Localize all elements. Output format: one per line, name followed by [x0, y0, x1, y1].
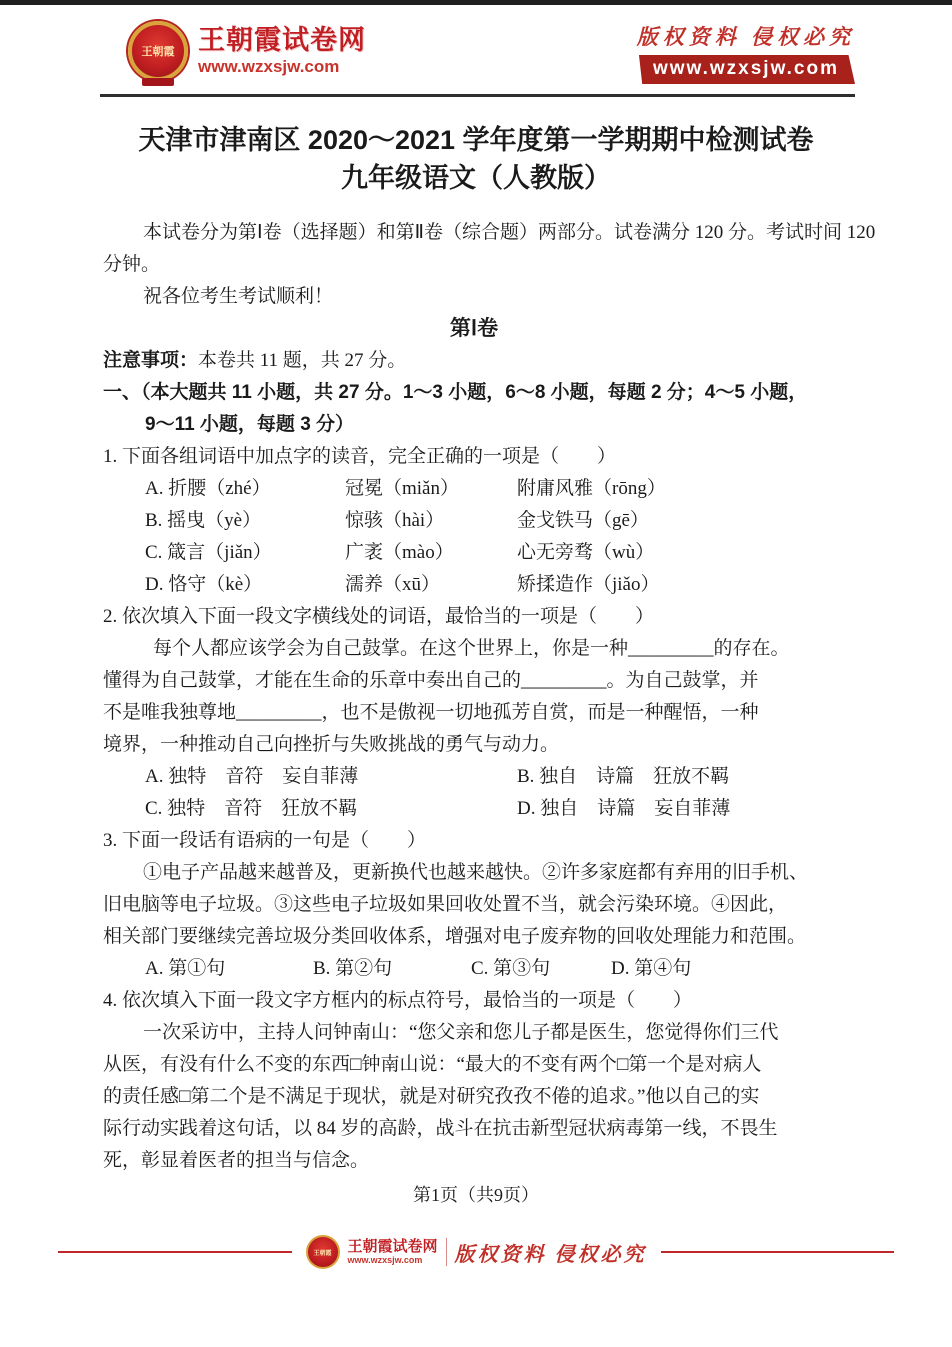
- q4-passage-line-5: 死，彰显着医者的担当与信念。: [103, 1145, 845, 1177]
- q3-passage-line-1: ①电子产品越来越普及，更新换代也越来越快。②许多家庭都有弃用的旧手机、: [103, 857, 845, 889]
- q2-option-a: A. 独特 音符 妄自菲薄: [145, 761, 517, 793]
- q4-stem: 4. 依次填入下面一段文字方框内的标点符号，最恰当的一项是（ ）: [103, 985, 845, 1017]
- q1-option-b-word1: B. 摇曳（yè）: [145, 505, 345, 537]
- q1-option-a-word2: 冠冕（miǎn）: [345, 473, 517, 505]
- q2-option-b: B. 独自 诗篇 狂放不羁: [517, 761, 845, 793]
- q3-stem: 3. 下面一段话有语病的一句是（ ）: [103, 825, 845, 857]
- copyright-slogan: 版权资料 侵权必究: [637, 21, 855, 51]
- q4-passage-line-3: 的责任感□第二个是不满足于现状，就是对研究孜孜不倦的追求。”他以自己的实: [103, 1081, 845, 1113]
- site-logo: 王朝霞 王朝霞试卷网 www.wzxsjw.com: [128, 21, 366, 81]
- footer-seal-icon: 王朝霞: [306, 1235, 340, 1269]
- q3-passage-line-3: 相关部门要继续完善垃圾分类回收体系，增强对电子废弃物的回收处理能力和范围。: [103, 921, 845, 953]
- q2-stem: 2. 依次填入下面一段文字横线处的词语，最恰当的一项是（ ）: [103, 601, 845, 633]
- page-number: 第1页（共9页）: [0, 1179, 952, 1211]
- q1-option-c-word1: C. 箴言（jiǎn）: [145, 537, 345, 569]
- exam-paper-page: 王朝霞 王朝霞试卷网 www.wzxsjw.com 版权资料 侵权必究 www.…: [0, 0, 952, 1347]
- part1-header-line2: 9～11 小题，每题 3 分）: [103, 409, 845, 441]
- site-url-banner: www.wzxsjw.com: [639, 55, 855, 84]
- q1-option-c-word2: 广袤（mào）: [345, 537, 517, 569]
- footer-vertical-divider: [446, 1238, 447, 1266]
- q1-option-d-word1: D. 恪守（kè）: [145, 569, 345, 601]
- q4-passage-line-4: 际行动实践着这句话，以 84 岁的高龄，战斗在抗击新型冠状病毒第一线，不畏生: [103, 1113, 845, 1145]
- part1-header-line1: 一、（本大题共 11 小题，共 27 分。1～3 小题，6～8 小题，每题 2 …: [103, 377, 845, 409]
- q3-option-d: D. 第④句: [611, 953, 845, 985]
- footer-logo-text: 王朝霞试卷网 www.wzxsjw.com: [348, 1239, 438, 1265]
- intro-line-2: 分钟。: [103, 249, 845, 281]
- q2-passage-line-1: 每个人都应该学会为自己鼓掌。在这个世界上，你是一种_________的存在。: [103, 633, 845, 665]
- footer-divider-left: [58, 1251, 292, 1253]
- q1-stem: 1. 下面各组词语中加点字的读音，完全正确的一项是（ ）: [103, 441, 845, 473]
- exam-subtitle: 九年级语文（人教版）: [0, 159, 952, 197]
- exam-title: 天津市津南区 2020～2021 学年度第一学期期中检测试卷: [0, 121, 952, 159]
- section-heading: 第Ⅰ卷: [103, 313, 845, 345]
- logo-text-block: 王朝霞试卷网 www.wzxsjw.com: [198, 26, 366, 75]
- footer-divider-right: [661, 1251, 895, 1253]
- q2-passage-line-4: 境界，一种推动自己向挫折与失败挑战的勇气与动力。: [103, 729, 845, 761]
- footer-logo-block: 王朝霞 王朝霞试卷网 www.wzxsjw.com 版权资料 侵权必究: [292, 1235, 661, 1269]
- q1-option-d-word2: 濡养（xū）: [345, 569, 517, 601]
- header-right: 版权资料 侵权必究 www.wzxsjw.com: [637, 21, 855, 84]
- footer-copyright-slogan: 版权资料 侵权必究: [455, 1238, 647, 1267]
- q4-passage-line-1: 一次采访中，主持人问钟南山：“您父亲和您儿子都是医生，您觉得你们三代: [103, 1017, 845, 1049]
- intro-line-1: 本试卷分为第Ⅰ卷（选择题）和第Ⅱ卷（综合题）两部分。试卷满分 120 分。考试时…: [103, 217, 845, 249]
- q2-option-d: D. 独自 诗篇 妄自菲薄: [517, 793, 845, 825]
- q2-passage-line-2: 懂得为自己鼓掌，才能在生命的乐章中奏出自己的_________。为自己鼓掌，并: [103, 665, 845, 697]
- q1-option-c-word3: 心无旁骛（wù）: [517, 537, 845, 569]
- footer-logo-name: 王朝霞试卷网: [348, 1239, 438, 1254]
- q3-options: A. 第①句 B. 第②句 C. 第③句 D. 第④句: [145, 953, 845, 985]
- brand-seal-icon: 王朝霞: [128, 21, 188, 81]
- q1-options: A. 折腰（zhé） 冠冕（miǎn） 附庸风雅（rōng） B. 摇曳（yè）…: [145, 473, 845, 601]
- q1-option-b-word3: 金戈铁马（gē）: [517, 505, 845, 537]
- q2-option-c: C. 独特 音符 狂放不羁: [145, 793, 517, 825]
- footer-brand: 王朝霞 王朝霞试卷网 www.wzxsjw.com 版权资料 侵权必究: [58, 1235, 894, 1269]
- exam-body: 本试卷分为第Ⅰ卷（选择题）和第Ⅱ卷（综合题）两部分。试卷满分 120 分。考试时…: [103, 217, 845, 1177]
- header-divider: [100, 94, 855, 97]
- q3-option-c: C. 第③句: [471, 953, 611, 985]
- q2-passage-line-3: 不是唯我独尊地_________，也不是傲视一切地孤芳自赏，而是一种醒悟，一种: [103, 697, 845, 729]
- q1-option-d-word3: 矫揉造作（jiǎo）: [517, 569, 845, 601]
- logo-name: 王朝霞试卷网: [198, 26, 366, 54]
- q1-option-b-word2: 惊骇（hài）: [345, 505, 517, 537]
- wish-line: 祝各位考生考试顺利！: [103, 281, 845, 313]
- logo-site-url: www.wzxsjw.com: [198, 58, 366, 76]
- q3-passage-line-2: 旧电脑等电子垃圾。③这些电子垃圾如果回收处置不当，就会污染环境。④因此，: [103, 889, 845, 921]
- q3-option-a: A. 第①句: [145, 953, 313, 985]
- page-header: 王朝霞 王朝霞试卷网 www.wzxsjw.com 版权资料 侵权必究 www.…: [0, 5, 952, 84]
- notice-line: 注意事项：本卷共 11 题，共 27 分。: [103, 345, 845, 377]
- q3-option-b: B. 第②句: [313, 953, 471, 985]
- notice-label: 注意事项：: [103, 350, 198, 371]
- q2-options: A. 独特 音符 妄自菲薄 B. 独自 诗篇 狂放不羁 C. 独特 音符 狂放不…: [145, 761, 845, 825]
- q1-option-a-word1: A. 折腰（zhé）: [145, 473, 345, 505]
- q4-passage-line-2: 从医，有没有什么不变的东西□钟南山说：“最大的不变有两个□第一个是对病人: [103, 1049, 845, 1081]
- footer-logo-site: www.wzxsjw.com: [348, 1256, 438, 1265]
- notice-text: 本卷共 11 题，共 27 分。: [198, 350, 406, 371]
- q1-option-a-word3: 附庸风雅（rōng）: [517, 473, 845, 505]
